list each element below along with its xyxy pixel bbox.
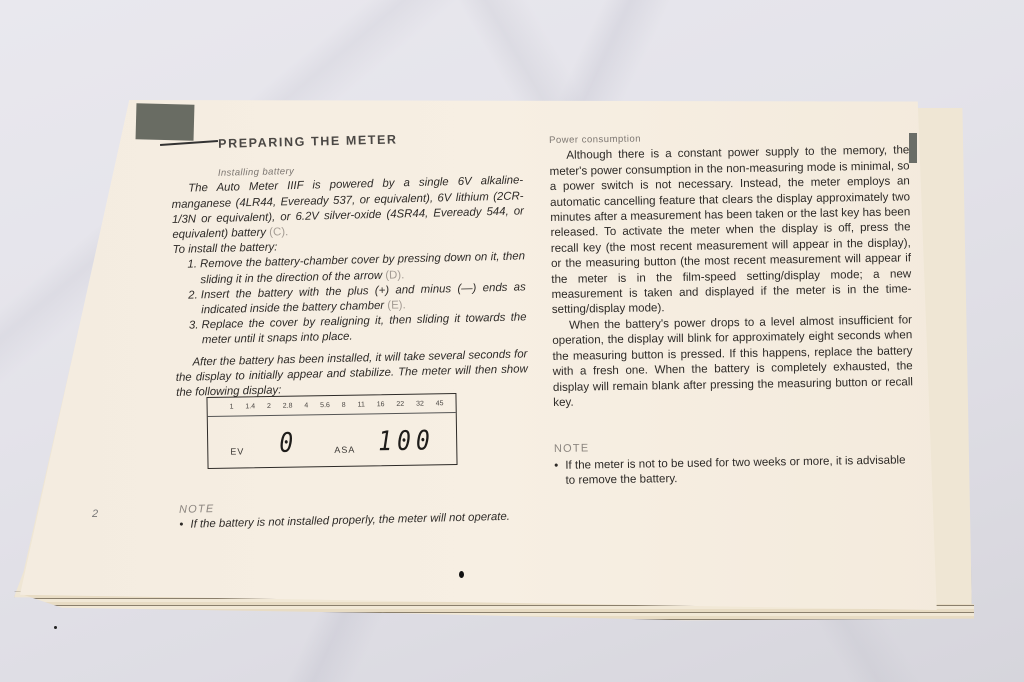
left-column: PREPARING THE METER Installing battery T… [170, 129, 532, 533]
install-step: Replace the cover by realigning it, then… [201, 311, 527, 349]
battery-intro-text: The Auto Meter IIIF is powered by a sing… [171, 175, 524, 241]
figure-ref-c: (C). [269, 226, 288, 238]
bullet-icon: • [179, 518, 183, 533]
power-paragraph-1: Although there is a constant power suppl… [549, 143, 912, 318]
page-number: 2 [92, 508, 98, 520]
section-title: PREPARING THE METER [218, 129, 522, 152]
lcd-readout: EV 0 ASA 100 [208, 413, 457, 467]
note-item: • If the meter is not to be used for two… [554, 452, 914, 488]
ink-dot [459, 571, 464, 578]
install-steps-list: Remove the battery-chamber cover by pres… [173, 250, 527, 350]
speck [54, 626, 57, 629]
ev-value: 0 [279, 428, 293, 459]
battery-intro-paragraph: The Auto Meter IIIF is powered by a sing… [171, 174, 524, 243]
ev-label: EV [230, 446, 244, 456]
lcd-display-illustration: 1 1.4 2 2.8 4 5.6 8 11 16 22 32 45 EV 0 … [206, 393, 457, 469]
figure-ref-e: (E). [387, 299, 406, 311]
power-paragraph-2: When the battery's power drops to a leve… [552, 312, 913, 410]
figure-ref-d: (D). [385, 269, 404, 281]
page-content: PREPARING THE METER Installing battery T… [0, 0, 1024, 682]
note-text: If the meter is not to be used for two w… [565, 452, 914, 488]
asa-value: 100 [378, 425, 435, 457]
right-column: Power consumption Although there is a co… [549, 127, 915, 488]
asa-label: ASA [334, 445, 355, 455]
bullet-icon: • [554, 458, 559, 489]
